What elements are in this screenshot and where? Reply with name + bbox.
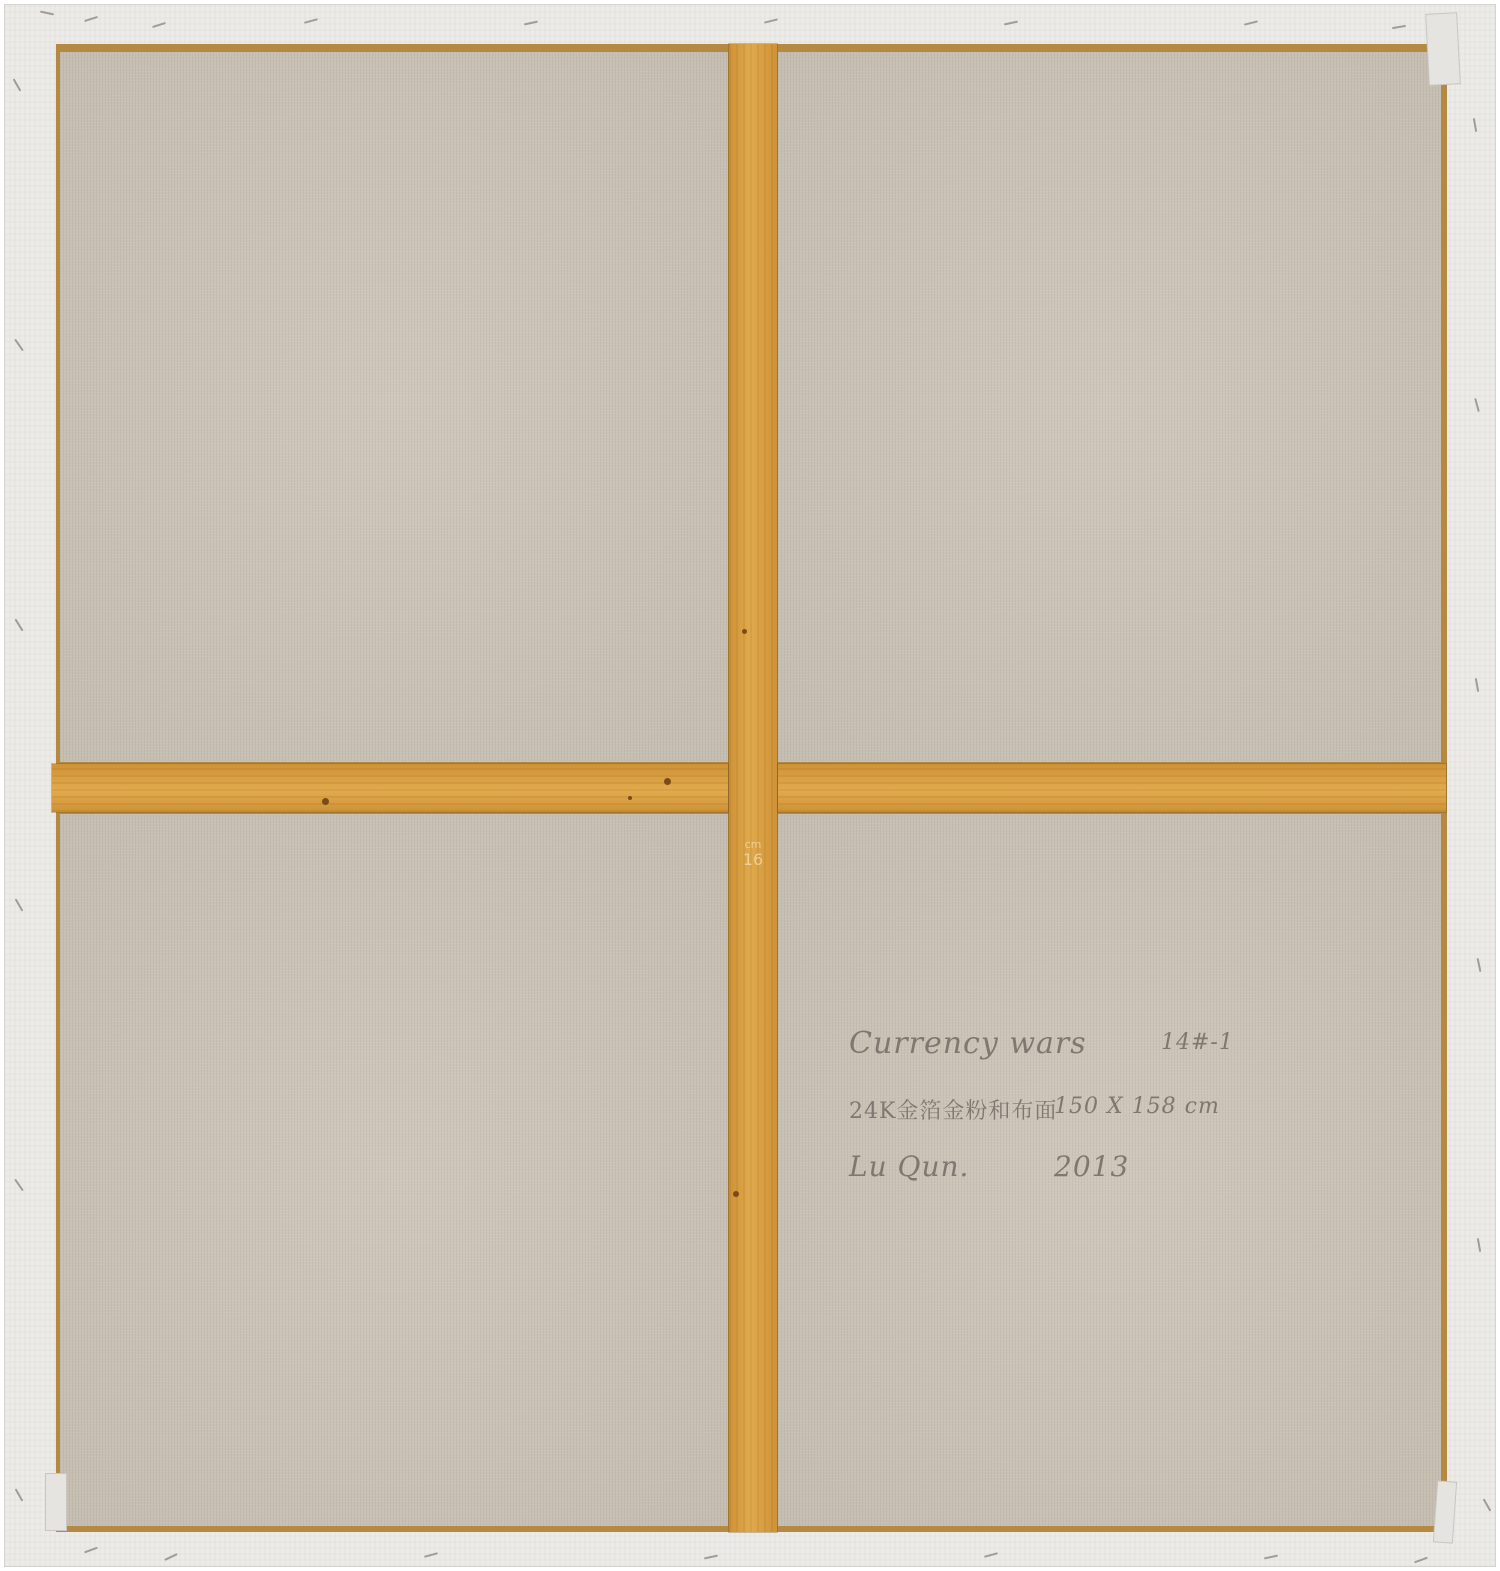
canvas-corner-fold: [1434, 1481, 1456, 1542]
staple: [1244, 20, 1258, 25]
canvas-corner-fold: [1426, 13, 1460, 84]
staple: [1392, 25, 1406, 29]
canvas-back-photo: cm 16 Currency wars 14#-1 24K金箔金粉和布面 150…: [4, 4, 1496, 1567]
staple: [524, 21, 538, 26]
stamp-number: 16: [737, 851, 769, 869]
wood-knot: [733, 1191, 739, 1197]
staple: [1475, 678, 1479, 692]
staple: [14, 339, 24, 352]
vertical-crossbar: [729, 44, 777, 1532]
staple: [1483, 1498, 1492, 1511]
canvas-panel-top-left: [60, 52, 728, 762]
stretcher-size-stamp: cm 16: [737, 839, 769, 869]
canvas-panel-top-right: [778, 52, 1441, 762]
staple: [764, 18, 778, 23]
staple: [1414, 1557, 1428, 1564]
artwork-year: 2013: [1054, 1150, 1129, 1183]
staple: [704, 1555, 718, 1560]
wood-knot: [322, 798, 329, 805]
staple: [1474, 398, 1480, 412]
artwork-title: Currency wars: [849, 1026, 1087, 1061]
wood-knot: [664, 778, 671, 785]
staple: [14, 619, 23, 632]
inscription-signature-line: Lu Qun. 2013: [849, 1150, 969, 1183]
staple: [1473, 118, 1477, 132]
artwork-medium: 24K金箔金粉和布面: [849, 1099, 1057, 1124]
staple: [84, 16, 98, 22]
staple: [984, 1552, 998, 1558]
staple: [14, 1179, 24, 1192]
staple: [152, 22, 166, 28]
canvas-corner-fold: [46, 1474, 66, 1530]
horizontal-crossbar-right: [778, 764, 1446, 812]
wood-knot: [628, 796, 632, 800]
artwork-number: 14#-1: [1161, 1030, 1234, 1055]
staple: [164, 1553, 178, 1561]
staple: [1477, 1238, 1481, 1252]
artist-signature: Lu Qun.: [849, 1150, 969, 1183]
staple: [1477, 958, 1482, 972]
inscription-title-line: Currency wars 14#-1: [849, 1026, 1087, 1061]
artwork-dimensions: 150 X 158 cm: [1054, 1094, 1220, 1119]
staple: [40, 11, 54, 16]
staple: [1004, 21, 1018, 26]
staple: [15, 1488, 24, 1501]
staple: [15, 898, 24, 911]
canvas-panel-bottom-left: [60, 814, 728, 1526]
staple: [304, 18, 318, 24]
inscription-medium-line: 24K金箔金粉和布面 150 X 158 cm: [849, 1094, 1057, 1125]
wood-knot: [742, 629, 747, 634]
staple: [1264, 1555, 1278, 1560]
horizontal-crossbar-left: [52, 764, 728, 812]
staple: [84, 1547, 98, 1554]
staple: [13, 78, 22, 91]
staple: [424, 1552, 438, 1558]
